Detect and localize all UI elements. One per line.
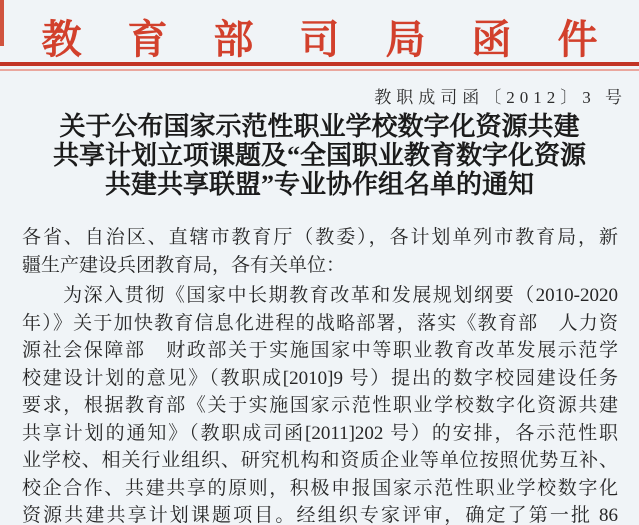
body-line: 校建设计划的意见》（教职成[2010]9 号）提出的数字校园建设任务 [22, 365, 618, 393]
body-line: 校企合作、共建共享的原则，积极申报国家示范性职业学校数字化 [22, 475, 618, 503]
body-line: 年）》关于加快教育信息化进程的战略部署，落实《教育部 人力资 [22, 310, 618, 338]
title-line: 共享计划立项课题及“全国职业教育数字化资源 [0, 141, 639, 170]
document-title: 关于公布国家示范性职业学校数字化资源共建 共享计划立项课题及“全国职业教育数字化… [0, 112, 639, 199]
body-line: 各省、自治区、直辖市教育厅（教委），各计划单列市教育局，新 [22, 224, 618, 252]
divider-rule-thick [0, 62, 639, 66]
body-line: 要求，根据教育部《关于实施国家示范性职业学校数字化资源共建 [22, 392, 618, 420]
body-line: 共享计划的通知》（教职成司函[2011]202 号）的安排，各示范性职 [22, 420, 618, 448]
body-line: 源社会保障部 财政部关于实施国家中等职业教育改革发展示范学 [22, 337, 618, 365]
body-line: 疆生产建设兵团教育局，各有关单位： [22, 252, 618, 280]
body-line: 资源共建共享计划课题项目。经组织专家评审，确定了第一批 86 [22, 502, 618, 525]
divider-rule-thin [0, 69, 639, 71]
masthead-text: 教育部司局函件 [42, 17, 639, 62]
masthead: 教育部司局函件 [0, 8, 639, 65]
body-line: 业学校、相关行业组织、研究机构和资质企业等单位按照优势互补、 [22, 447, 618, 475]
title-line: 关于公布国家示范性职业学校数字化资源共建 [0, 112, 639, 141]
doc-number: 教职成司函〔2012〕3 号 [374, 83, 627, 108]
title-line: 共建共享联盟”专业协作组名单的通知 [0, 170, 639, 199]
document-body: 各省、自治区、直辖市教育厅（教委），各计划单列市教育局，新 疆生产建设兵团教育局… [22, 224, 618, 525]
body-line: 为深入贯彻《国家中长期教育改革和发展规划纲要（2010-2020 [22, 282, 618, 310]
scanned-official-letter: 教育部司局函件 教职成司函〔2012〕3 号 关于公布国家示范性职业学校数字化资… [0, 0, 639, 525]
